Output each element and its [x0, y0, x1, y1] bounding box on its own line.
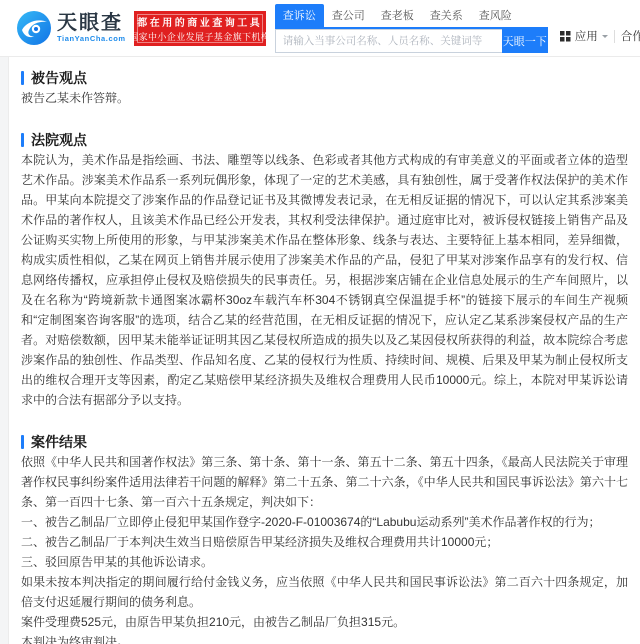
search-input[interactable]: [275, 29, 502, 53]
title-accent-bar: [21, 435, 24, 449]
result-intro-text: 依照《中华人民共和国著作权法》第三条、第十条、第十一条、第五十二条、第五十四条，…: [21, 452, 628, 512]
tab-relation[interactable]: 查关系: [422, 4, 471, 27]
left-gutter: [0, 57, 8, 644]
page-body: 被告观点 被告乙某未作答辩。 法院观点 本院认为，美术作品是指绘画、书法、雕塑等…: [0, 57, 640, 644]
promo-badge: 都在用的商业查询工具 国家中小企业发展子基金旗下机构: [134, 11, 266, 46]
divider: [614, 30, 615, 43]
judgment-item-1: 一、被告乙制品厂立即停止侵犯甲某国作登字-2020-F-01003674的“La…: [21, 512, 628, 532]
tab-risk[interactable]: 查风险: [471, 4, 520, 27]
title-accent-bar: [21, 133, 24, 147]
header-quick-links: 应用 合作通道: [560, 28, 640, 44]
defendant-view-text: 被告乙某未作答辩。: [21, 88, 628, 108]
tab-lawsuit[interactable]: 查诉讼: [275, 4, 324, 27]
search-tabs: 查诉讼 查公司 查老板 查关系 查风险: [275, 4, 548, 29]
tianyancha-logo[interactable]: 天眼查 TianYanCha.com: [16, 10, 126, 46]
judgment-item-2: 二、被告乙制品厂于本判决生效当日赔偿原告甲某经济损失及维权合理费用共计10000…: [21, 532, 628, 552]
logo-name: 天眼查: [57, 13, 126, 33]
section-title: 法院观点: [31, 130, 87, 150]
apps-grid-icon: [560, 31, 571, 42]
search-button[interactable]: 天眼一下: [502, 29, 548, 53]
title-accent-bar: [21, 71, 24, 85]
tianyancha-eye-icon: [16, 10, 52, 46]
judgment-item-3: 三、驳回原告甲某的其他诉讼请求。: [21, 552, 628, 572]
court-view-text: 本院认为，美术作品是指绘画、书法、雕塑等以线条、色彩或者其他方式构成的有审美意义…: [21, 150, 628, 410]
section-case-result: 案件结果: [21, 432, 628, 452]
apps-menu[interactable]: 应用: [560, 28, 608, 44]
tab-company[interactable]: 查公司: [324, 4, 373, 27]
site-header: 天眼查 TianYanCha.com 都在用的商业查询工具 国家中小企业发展子基…: [0, 0, 640, 57]
partner-channel-menu[interactable]: 合作通道: [621, 28, 640, 44]
apps-label: 应用: [575, 28, 598, 44]
promo-line2: 国家中小企业发展子基金旗下机构: [129, 30, 270, 43]
section-title: 被告观点: [31, 68, 87, 88]
promo-line1: 都在用的商业查询工具: [137, 14, 262, 29]
logo-domain: TianYanCha.com: [57, 35, 126, 43]
enforcement-note: 如果未按本判决指定的期间履行给付金钱义务，应当依照《中华人民共和国民事诉讼法》第…: [21, 572, 628, 612]
section-defendant-view: 被告观点: [21, 68, 628, 88]
partner-label: 合作通道: [621, 28, 640, 44]
final-judgment-text: 本判决为终审判决。: [21, 632, 628, 644]
chevron-down-icon: [602, 35, 608, 41]
search-area: 查诉讼 查公司 查老板 查关系 查风险 天眼一下: [275, 4, 548, 53]
court-fee-text: 案件受理费525元，由原告甲某负担210元，由被告乙制品厂负担315元。: [21, 612, 628, 632]
case-detail-card: 被告观点 被告乙某未作答辩。 法院观点 本院认为，美术作品是指绘画、书法、雕塑等…: [8, 57, 640, 644]
section-court-view: 法院观点: [21, 130, 628, 150]
section-title: 案件结果: [31, 432, 87, 452]
tab-boss[interactable]: 查老板: [373, 4, 422, 27]
